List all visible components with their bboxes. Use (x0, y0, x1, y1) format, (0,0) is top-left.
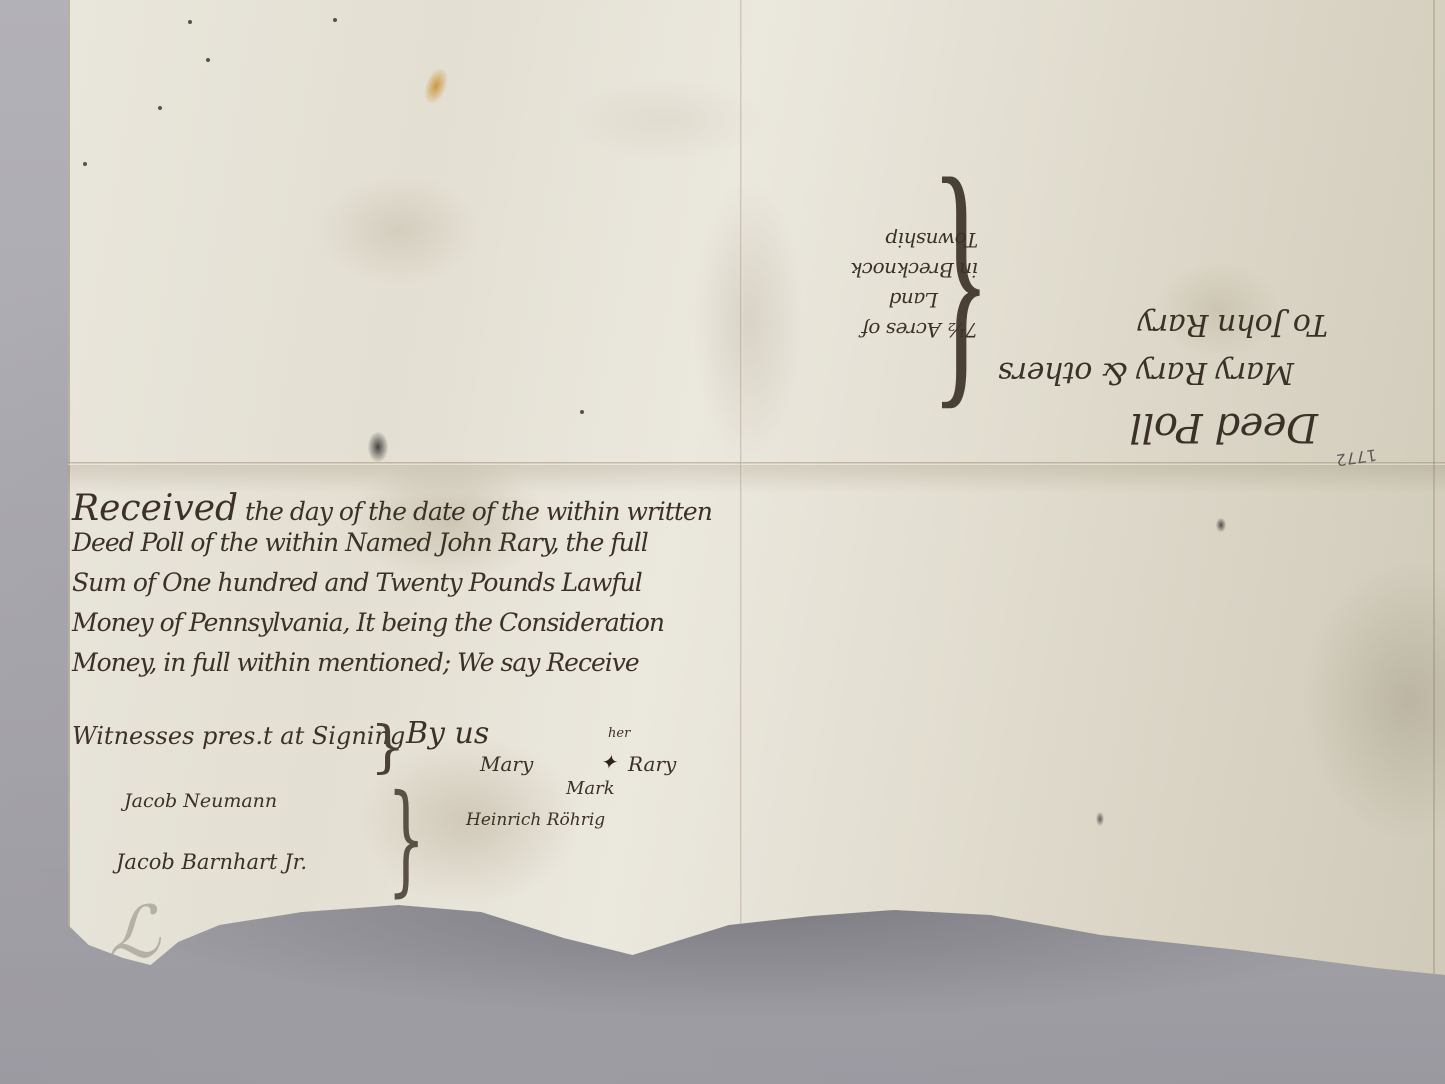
photo-scene: Deed Poll Mary Rary & others To John Rar… (0, 0, 1445, 1084)
docket-title: Deed Poll (1130, 404, 1318, 450)
witness-signature: Jacob Neumann (124, 790, 277, 812)
signer-last-name: Rary (628, 752, 676, 776)
docket-acres-line: Land (851, 285, 978, 315)
witness-line: Witnesses pres.t at Signing (72, 722, 405, 750)
docket-parties: Mary Rary & others (998, 355, 1294, 390)
receipt-line-text: Money of Pennsylvania, It being the Cons… (72, 608, 664, 637)
speck (333, 18, 337, 22)
receipt-line-text: Deed Poll of the within Named John Rary,… (72, 528, 648, 557)
receipt-line: Sum of One hundred and Twenty Pounds Law… (72, 568, 752, 608)
docket-grantee: To John Rary (1138, 307, 1328, 342)
ink-speck (1096, 812, 1104, 826)
mark-label: Mark (566, 778, 615, 799)
signer-first-name: Mary (480, 752, 533, 776)
speck (83, 162, 87, 166)
by-us-label: By us (406, 716, 489, 751)
parchment-sheet: Deed Poll Mary Rary & others To John Rar… (68, 0, 1445, 1000)
speck (206, 58, 210, 62)
docket-acreage: 7½ Acres of Land in Brecknock Township (851, 225, 978, 345)
her-label: her (608, 726, 630, 741)
receipt-line-text: the day of the date of the within writte… (238, 497, 712, 526)
speck (188, 20, 192, 24)
receipt-line: Deed Poll of the within Named John Rary,… (72, 528, 752, 568)
witness-brace: } (370, 720, 406, 776)
mark-symbol: ✦ (600, 750, 617, 774)
sheet-left-edge (68, 0, 70, 1000)
right-fold-line (1433, 0, 1435, 1000)
ink-speck (1216, 518, 1226, 532)
witness-signature: Jacob Barnhart Jr. (116, 850, 307, 874)
receipt-lead-word: Received (72, 488, 238, 529)
receipt-text: Received the day of the date of the with… (72, 488, 752, 688)
receipt-line: Money, in full within mentioned; We say … (72, 648, 752, 688)
speck (580, 410, 584, 414)
receipt-line: Money of Pennsylvania, It being the Cons… (72, 608, 752, 648)
upside-down-docket: Deed Poll Mary Rary & others To John Rar… (768, 140, 1328, 460)
second-signer-signature: Heinrich Röhrig (466, 810, 605, 830)
ink-blot (368, 432, 388, 462)
receipt-line-text: Money, in full within mentioned; We say … (72, 648, 639, 677)
flourish-brace: } (387, 780, 425, 900)
speck (158, 106, 162, 110)
receipt-line-text: Sum of One hundred and Twenty Pounds Law… (72, 568, 642, 597)
docket-acres-line: Township (851, 225, 978, 255)
docket-acres-line: 7½ Acres of (851, 315, 978, 345)
docket-acres-line: in Brecknock (851, 255, 978, 285)
receipt-line: Received the day of the date of the with… (72, 488, 752, 528)
orange-stain (420, 66, 451, 107)
